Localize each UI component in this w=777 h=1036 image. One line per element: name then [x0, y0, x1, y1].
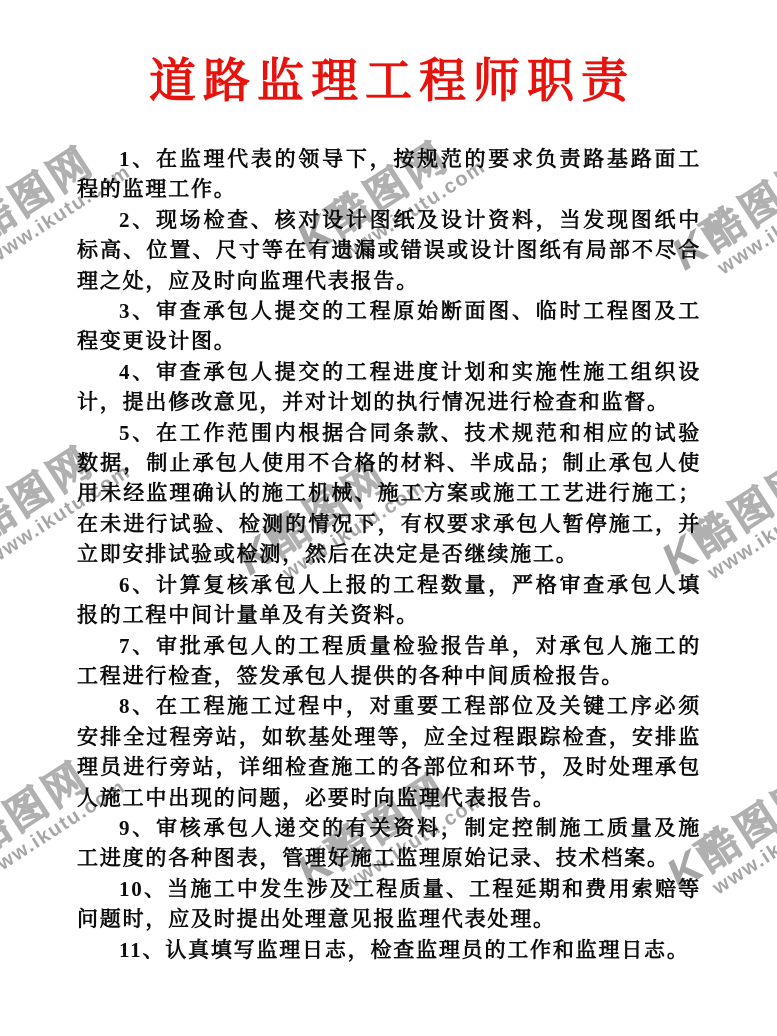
responsibility-list: 1、在监理代表的领导下，按规范的要求负责路基路面工程的监理工作。2、现场检查、核… [77, 144, 701, 965]
responsibility-item: 2、现场检查、核对设计图纸及设计资料，当发现图纸中标高、位置、尺寸等在有遗漏或错… [77, 205, 701, 296]
responsibility-item: 1、在监理代表的领导下，按规范的要求负责路基路面工程的监理工作。 [77, 144, 701, 205]
responsibility-item: 7、审批承包人的工程质量检验报告单，对承包人施工的工程进行检查，签发承包人提供的… [77, 631, 701, 692]
responsibility-item: 9、审核承包人递交的有关资料，制定控制施工质量及施工进度的各种图表，管理好施工监… [77, 813, 701, 874]
responsibility-item: 10、当施工中发生涉及工程质量、工程延期和费用索赔等问题时，应及时提出处理意见报… [77, 874, 701, 935]
page-title: 道路监理工程师职责 [0, 44, 777, 111]
responsibility-item: 8、在工程施工过程中，对重要工程部位及关键工序必须安排全过程旁站，如软基处理等，… [77, 691, 701, 813]
responsibility-item: 6、计算复核承包人上报的工程数量，严格审查承包人填报的工程中间计量单及有关资料。 [77, 570, 701, 631]
watermark-site-name: 酷图网 [695, 150, 777, 258]
watermark-site-name: 酷图网 [690, 770, 777, 878]
responsibility-item: 5、在工作范围内根据合同条款、技术规范和相应的试验数据，制止承包人使用不合格的材… [77, 418, 701, 570]
responsibility-item: 11、认真填写监理日志，检查监理员的工作和监理日志。 [77, 935, 701, 965]
responsibility-item: 4、审查承包人提交的工程进度计划和实施性施工组织设计，提出修改意见，并对计划的执… [77, 357, 701, 418]
responsibility-item: 3、审查承包人提交的工程原始断面图、临时工程图及工程变更设计图。 [77, 296, 701, 357]
watermark-site-url: www.ikutu.com [689, 171, 777, 296]
document-page: K酷图网www.ikutu.comK酷图网www.ikutu.comK酷图网ww… [0, 0, 777, 1036]
